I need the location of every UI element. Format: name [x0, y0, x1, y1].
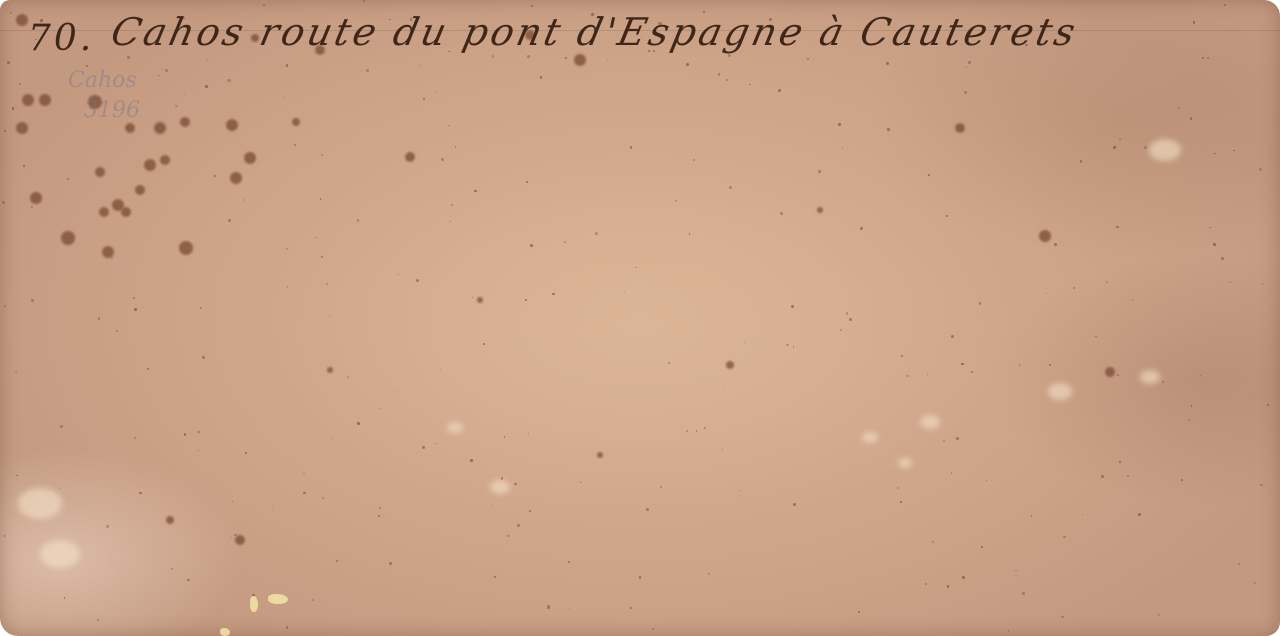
speckle	[321, 154, 323, 156]
caption-text: Cahos route du pont d'Espagne à Cauteret…	[107, 10, 1082, 54]
speckle	[12, 107, 14, 109]
foxing-spot	[16, 122, 28, 134]
speckle	[1221, 257, 1224, 260]
speckle	[2, 201, 5, 204]
speckle	[744, 342, 745, 343]
speckle	[1162, 381, 1164, 383]
speckle	[1101, 475, 1104, 478]
speckle	[793, 503, 796, 506]
speckle	[231, 537, 233, 539]
speckle	[303, 473, 305, 475]
abrasion	[490, 480, 510, 494]
speckle	[928, 174, 930, 176]
speckle	[1117, 374, 1119, 376]
foxing-spot	[160, 155, 170, 165]
pencil-note-line1: Cahos	[68, 68, 137, 93]
speckle	[900, 501, 902, 503]
speckle	[1106, 281, 1108, 283]
speckle	[1181, 479, 1183, 481]
foxing-spot	[154, 122, 166, 134]
speckle	[846, 312, 848, 314]
speckle	[1214, 153, 1216, 155]
speckle	[198, 450, 199, 451]
speckle	[60, 488, 62, 490]
foxing-spot	[955, 123, 965, 133]
speckle	[1080, 160, 1082, 162]
speckle	[232, 501, 233, 502]
speckle	[67, 178, 69, 180]
speckle	[347, 376, 349, 378]
speckle	[60, 425, 63, 428]
speckle	[303, 492, 305, 494]
speckle	[10, 12, 12, 14]
speckle	[1213, 243, 1216, 246]
speckle	[526, 181, 528, 183]
speckle	[491, 505, 492, 506]
speckle	[1008, 630, 1009, 631]
foxing-spot	[22, 94, 34, 106]
foxing-spot	[235, 535, 245, 545]
speckle	[943, 440, 946, 443]
foxing-spot	[726, 361, 734, 369]
speckle	[284, 97, 285, 98]
foxing-spot	[135, 185, 145, 195]
speckle	[547, 605, 550, 608]
speckle	[214, 175, 215, 176]
speckle	[1200, 375, 1201, 376]
speckle	[849, 318, 852, 321]
speckle	[838, 123, 840, 125]
speckle	[887, 128, 890, 131]
speckle	[1259, 168, 1262, 171]
speckle	[336, 560, 338, 562]
speckle	[704, 427, 706, 429]
abrasion	[1048, 383, 1072, 400]
handwritten-caption: 70. Cahos route du pont d'Espagne à Caut…	[20, 0, 1270, 90]
speckle	[1127, 475, 1129, 477]
speckle	[786, 344, 789, 347]
speckle	[1132, 299, 1134, 301]
speckle	[140, 116, 141, 117]
speckle	[312, 599, 315, 602]
speckle	[818, 170, 821, 173]
speckle	[1144, 146, 1147, 149]
speckle	[286, 626, 288, 628]
foxing-spot	[39, 94, 51, 106]
speckle	[580, 482, 581, 483]
speckle	[197, 431, 199, 433]
speckle	[15, 371, 17, 373]
speckle	[106, 525, 109, 528]
speckle	[646, 508, 649, 511]
speckle	[494, 576, 496, 578]
speckle	[435, 443, 436, 444]
speckle	[1190, 117, 1192, 119]
speckle	[455, 146, 456, 147]
foxing-spot	[144, 159, 156, 171]
foxing-spot	[230, 172, 242, 184]
speckle	[1254, 582, 1256, 584]
speckle	[1119, 138, 1121, 140]
speckle	[7, 61, 10, 64]
speckle	[1233, 150, 1234, 151]
foxing-spot	[179, 241, 193, 255]
speckle	[514, 483, 516, 485]
foxing-spot	[244, 152, 256, 164]
speckle	[504, 436, 505, 437]
speckle	[398, 274, 399, 275]
speckle	[897, 487, 899, 489]
speckle	[389, 562, 392, 565]
speckle	[448, 125, 449, 126]
speckle	[272, 509, 273, 510]
speckle	[321, 256, 323, 258]
speckle	[961, 363, 964, 366]
speckle	[1015, 570, 1016, 571]
speckle	[595, 232, 598, 235]
speckle	[4, 305, 6, 307]
speckle	[639, 576, 641, 578]
abrasion	[1140, 370, 1160, 384]
speckle	[423, 98, 425, 100]
foxing-spot	[121, 207, 131, 217]
speckle	[202, 356, 204, 358]
speckle	[981, 546, 983, 548]
speckle	[708, 573, 710, 575]
speckle	[1046, 293, 1048, 295]
speckle	[1063, 536, 1065, 538]
speckle	[98, 317, 100, 319]
speckle	[901, 355, 903, 357]
speckle	[722, 449, 723, 450]
speckle	[320, 198, 322, 200]
caption-number: 70.	[28, 18, 94, 59]
abrasion	[1149, 139, 1181, 161]
speckle	[791, 305, 794, 308]
speckle	[474, 190, 476, 192]
speckle	[4, 535, 5, 536]
abrasion	[862, 432, 878, 443]
speckle	[380, 408, 381, 409]
gilt-fleck	[268, 594, 288, 604]
speckle	[951, 472, 952, 473]
speckle	[729, 186, 732, 189]
speckle	[525, 299, 527, 301]
speckle	[564, 241, 566, 243]
speckle	[243, 199, 244, 200]
speckle	[97, 619, 99, 621]
speckle	[4, 130, 6, 132]
speckle	[1178, 107, 1180, 109]
speckle	[675, 200, 676, 201]
foxing-spot	[405, 152, 415, 162]
speckle	[184, 433, 186, 435]
speckle	[780, 212, 783, 215]
speckle	[422, 446, 425, 449]
speckle	[530, 244, 533, 247]
speckle	[397, 391, 398, 392]
speckle	[858, 611, 860, 613]
speckle	[906, 375, 908, 377]
speckle	[357, 219, 359, 221]
speckle	[1022, 592, 1025, 595]
foxing-spot	[817, 207, 823, 213]
foxing-spot	[180, 117, 190, 127]
speckle	[507, 535, 509, 537]
speckle	[1262, 283, 1263, 284]
speckle	[147, 368, 149, 370]
speckle	[331, 439, 332, 440]
speckle	[927, 374, 928, 375]
speckle	[842, 148, 843, 149]
foxing-spot	[477, 297, 483, 303]
speckle	[184, 94, 185, 95]
speckle	[624, 292, 625, 293]
speckle	[1138, 513, 1141, 516]
speckle	[528, 433, 529, 434]
speckle	[139, 492, 142, 495]
abrasion	[40, 540, 80, 568]
speckle	[925, 583, 927, 585]
abrasion	[447, 422, 463, 433]
foxing-spot	[61, 231, 75, 245]
speckle	[668, 362, 670, 364]
speckle	[245, 452, 247, 454]
speckle	[630, 607, 633, 610]
speckle	[971, 371, 973, 373]
speckle	[379, 507, 381, 509]
speckle	[932, 541, 933, 542]
speckle	[187, 579, 189, 581]
foxing-spots	[0, 0, 1280, 636]
speckle	[724, 389, 725, 390]
speckle	[860, 227, 863, 230]
speckle	[1082, 514, 1083, 515]
speckle	[357, 422, 360, 425]
speckle	[1260, 484, 1263, 487]
speckle	[1252, 396, 1253, 397]
speckle	[1158, 614, 1160, 616]
speckle	[529, 510, 531, 512]
speckle	[322, 497, 324, 499]
foxing-spot	[1105, 367, 1115, 377]
speckle	[134, 308, 137, 311]
speckle	[441, 158, 444, 161]
speckle	[470, 459, 473, 462]
foxing-spot	[99, 207, 109, 217]
speckle	[326, 283, 328, 285]
speckle	[228, 219, 231, 222]
speckle	[1267, 404, 1269, 406]
speckle	[693, 159, 695, 161]
speckle	[378, 515, 380, 517]
speckle	[635, 267, 636, 268]
speckle	[451, 204, 453, 206]
speckle	[23, 165, 25, 167]
speckle	[329, 316, 330, 317]
speckle	[1049, 364, 1051, 366]
speckle	[315, 237, 317, 239]
foxing-spot	[292, 118, 300, 126]
speckle	[840, 329, 842, 331]
speckle	[517, 524, 520, 527]
speckle	[951, 335, 954, 338]
speckle	[947, 585, 950, 588]
speckle	[31, 206, 33, 208]
speckle	[133, 297, 135, 299]
speckle	[568, 561, 570, 563]
foxing-spot	[597, 452, 603, 458]
speckle	[962, 576, 964, 578]
speckle	[287, 286, 288, 287]
speckle	[435, 92, 436, 93]
speckle	[686, 430, 688, 432]
speckle	[1116, 226, 1119, 229]
speckle	[175, 105, 178, 108]
abrasion	[920, 415, 940, 429]
foxing-spot	[30, 192, 42, 204]
speckle	[964, 91, 967, 94]
speckle	[31, 299, 34, 302]
speckle	[1191, 405, 1193, 407]
speckle	[1209, 227, 1211, 229]
speckle	[739, 490, 740, 491]
speckle	[294, 144, 296, 146]
speckle	[569, 608, 570, 609]
foxing-spot	[95, 167, 105, 177]
speckle	[1061, 616, 1064, 619]
speckle	[134, 437, 136, 439]
speckle	[450, 221, 451, 222]
speckle	[1019, 364, 1020, 365]
speckle	[1031, 515, 1033, 517]
speckle	[1113, 146, 1115, 148]
speckle	[630, 146, 633, 149]
speckle	[1073, 287, 1075, 289]
speckle	[1238, 563, 1240, 565]
speckle	[64, 597, 65, 598]
speckle	[200, 307, 202, 309]
speckle	[696, 430, 698, 432]
speckle	[16, 475, 17, 476]
speckle	[946, 215, 948, 217]
speckle	[111, 257, 113, 259]
speckle	[652, 628, 654, 630]
speckle	[472, 297, 473, 298]
speckle	[793, 346, 795, 348]
speckle	[660, 486, 662, 488]
pencil-note: Cahos 3196	[68, 66, 140, 126]
speckle	[234, 534, 236, 536]
speckle	[552, 293, 554, 295]
abrasion	[898, 458, 912, 468]
speckle	[956, 437, 959, 440]
speckle	[1054, 243, 1057, 246]
foxing-spot	[166, 516, 174, 524]
speckle	[440, 369, 441, 370]
speckle	[1188, 419, 1190, 421]
foxing-spot	[226, 119, 238, 131]
pencil-note-line2: 3196	[84, 96, 140, 126]
gilt-fleck	[220, 628, 230, 636]
speckle	[689, 233, 691, 235]
speckle	[1230, 281, 1232, 283]
foxing-spot	[327, 367, 333, 373]
speckle	[979, 302, 982, 305]
speckle	[1095, 336, 1096, 337]
foxing-spot	[1039, 230, 1051, 242]
speckle	[286, 248, 288, 250]
speckle	[986, 480, 987, 481]
gilt-fleck	[250, 596, 258, 612]
speckle	[116, 330, 118, 332]
speckle	[416, 279, 419, 282]
speckle	[1119, 461, 1121, 463]
abrasion	[18, 488, 62, 519]
card-back: 70. Cahos route du pont d'Espagne à Caut…	[0, 0, 1280, 636]
speckle	[171, 568, 173, 570]
speckle	[483, 343, 485, 345]
